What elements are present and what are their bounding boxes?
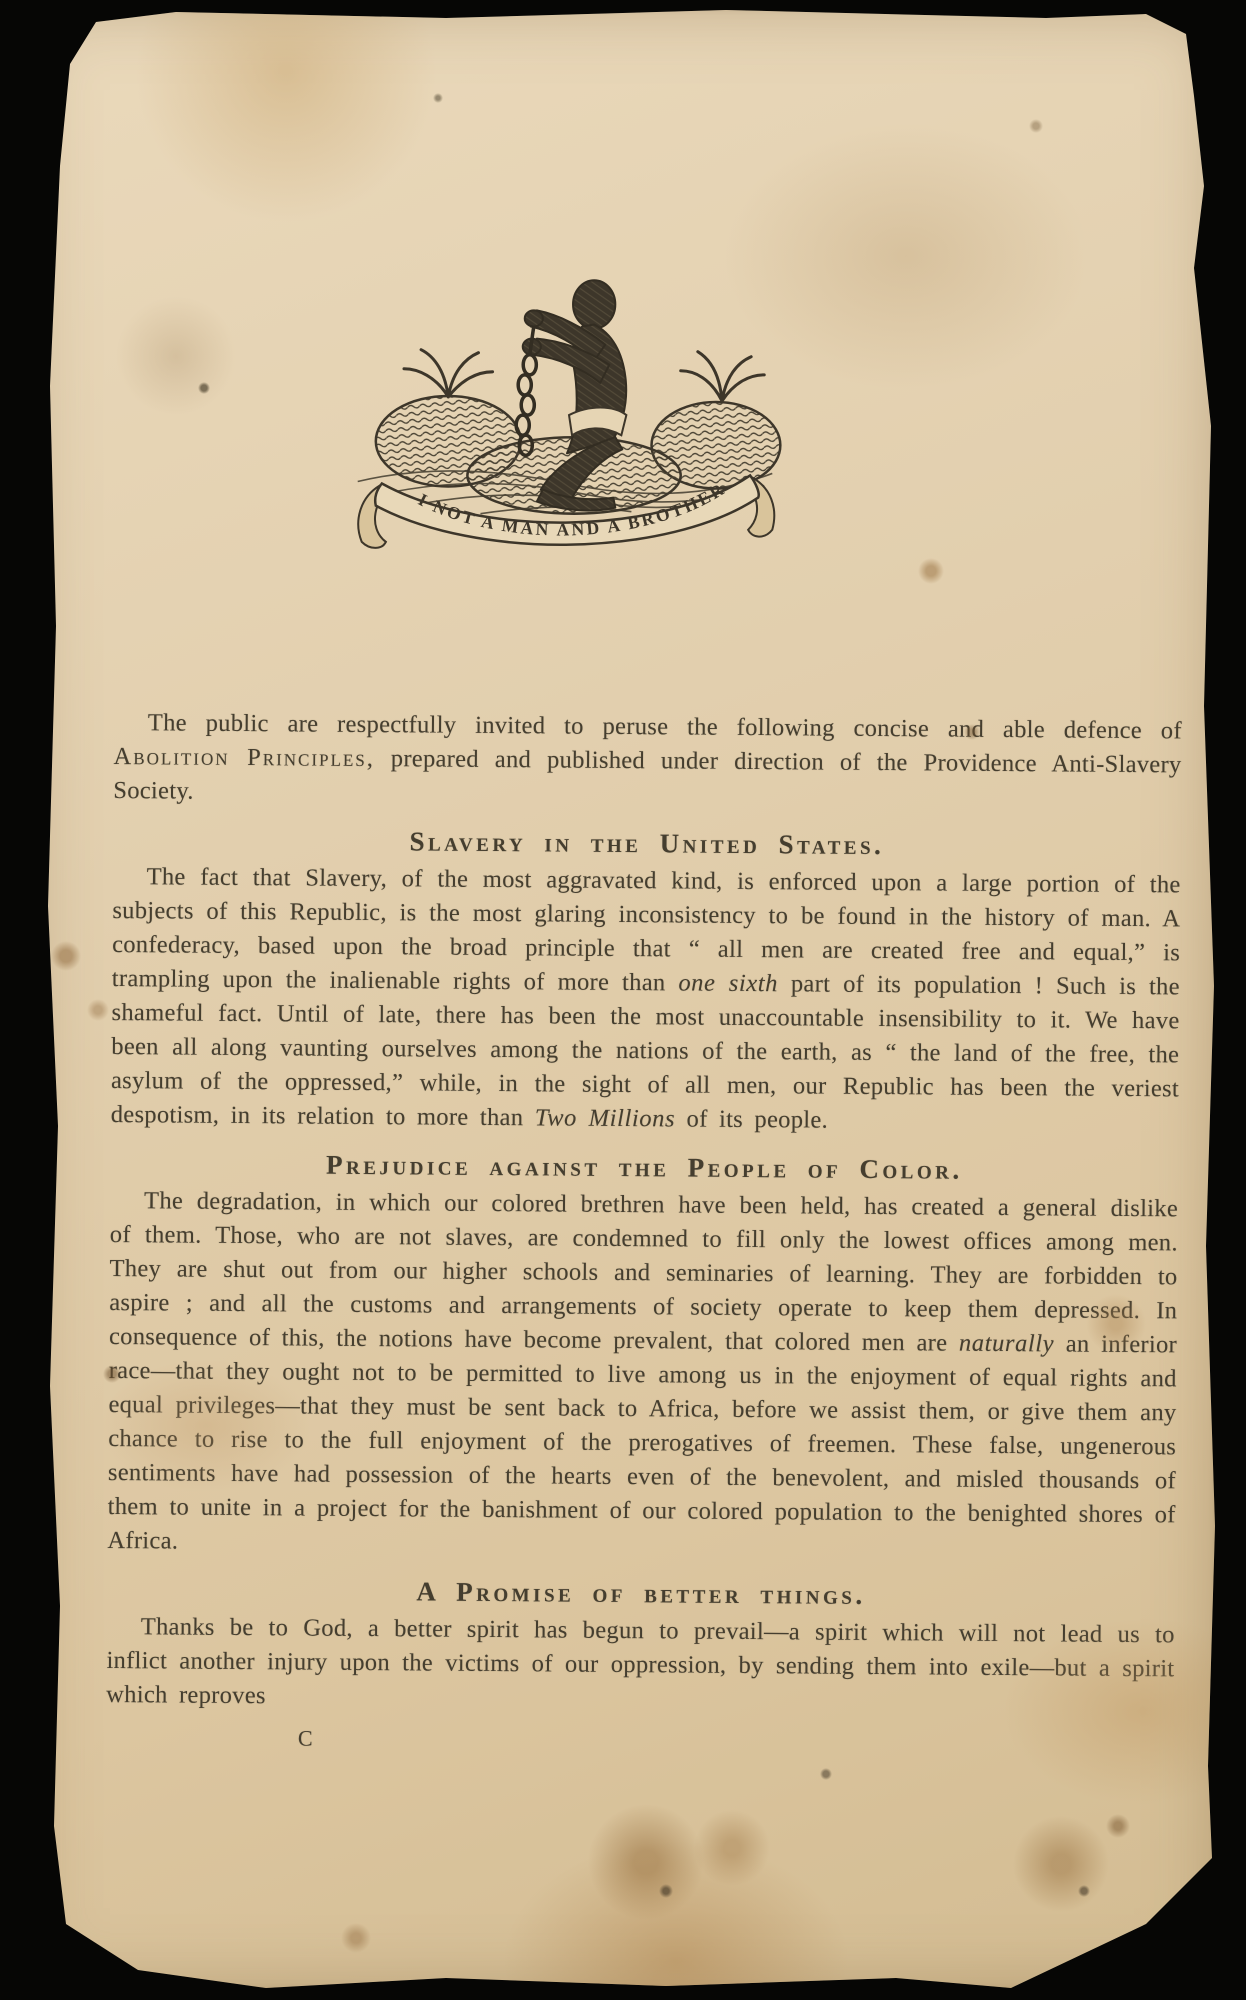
section-heading-prejudice: Prejudice against the People of Color. bbox=[110, 1146, 1178, 1188]
paragraph-prejudice: The degradation, in which our colored br… bbox=[107, 1184, 1178, 1566]
scanned-pamphlet-page: { "page": { "background_color": "#060605… bbox=[0, 0, 1246, 2000]
paragraph-slavery: The fact that Slavery, of the most aggra… bbox=[111, 860, 1181, 1140]
printer-signature-mark: C bbox=[298, 1721, 1174, 1762]
section-heading-promise: A Promise of better things. bbox=[107, 1572, 1175, 1614]
plant-fronds-left bbox=[404, 350, 493, 397]
paragraph-promise: Thanks be to God, a better spirit has be… bbox=[106, 1610, 1175, 1720]
figure-fist-upper bbox=[525, 310, 543, 326]
document-page: I NOT A MAN AND A BROTHER The public are… bbox=[26, 6, 1218, 1992]
printed-text-block: The public are respectfully invited to p… bbox=[106, 706, 1182, 1762]
plant-fronds-right bbox=[681, 352, 765, 401]
section-heading-slavery: Slavery in the United States. bbox=[113, 822, 1181, 864]
intro-paragraph: The public are respectfully invited to p… bbox=[113, 706, 1182, 816]
woodcut-illustration: I NOT A MAN AND A BROTHER bbox=[326, 242, 806, 564]
figure-head bbox=[573, 280, 615, 328]
